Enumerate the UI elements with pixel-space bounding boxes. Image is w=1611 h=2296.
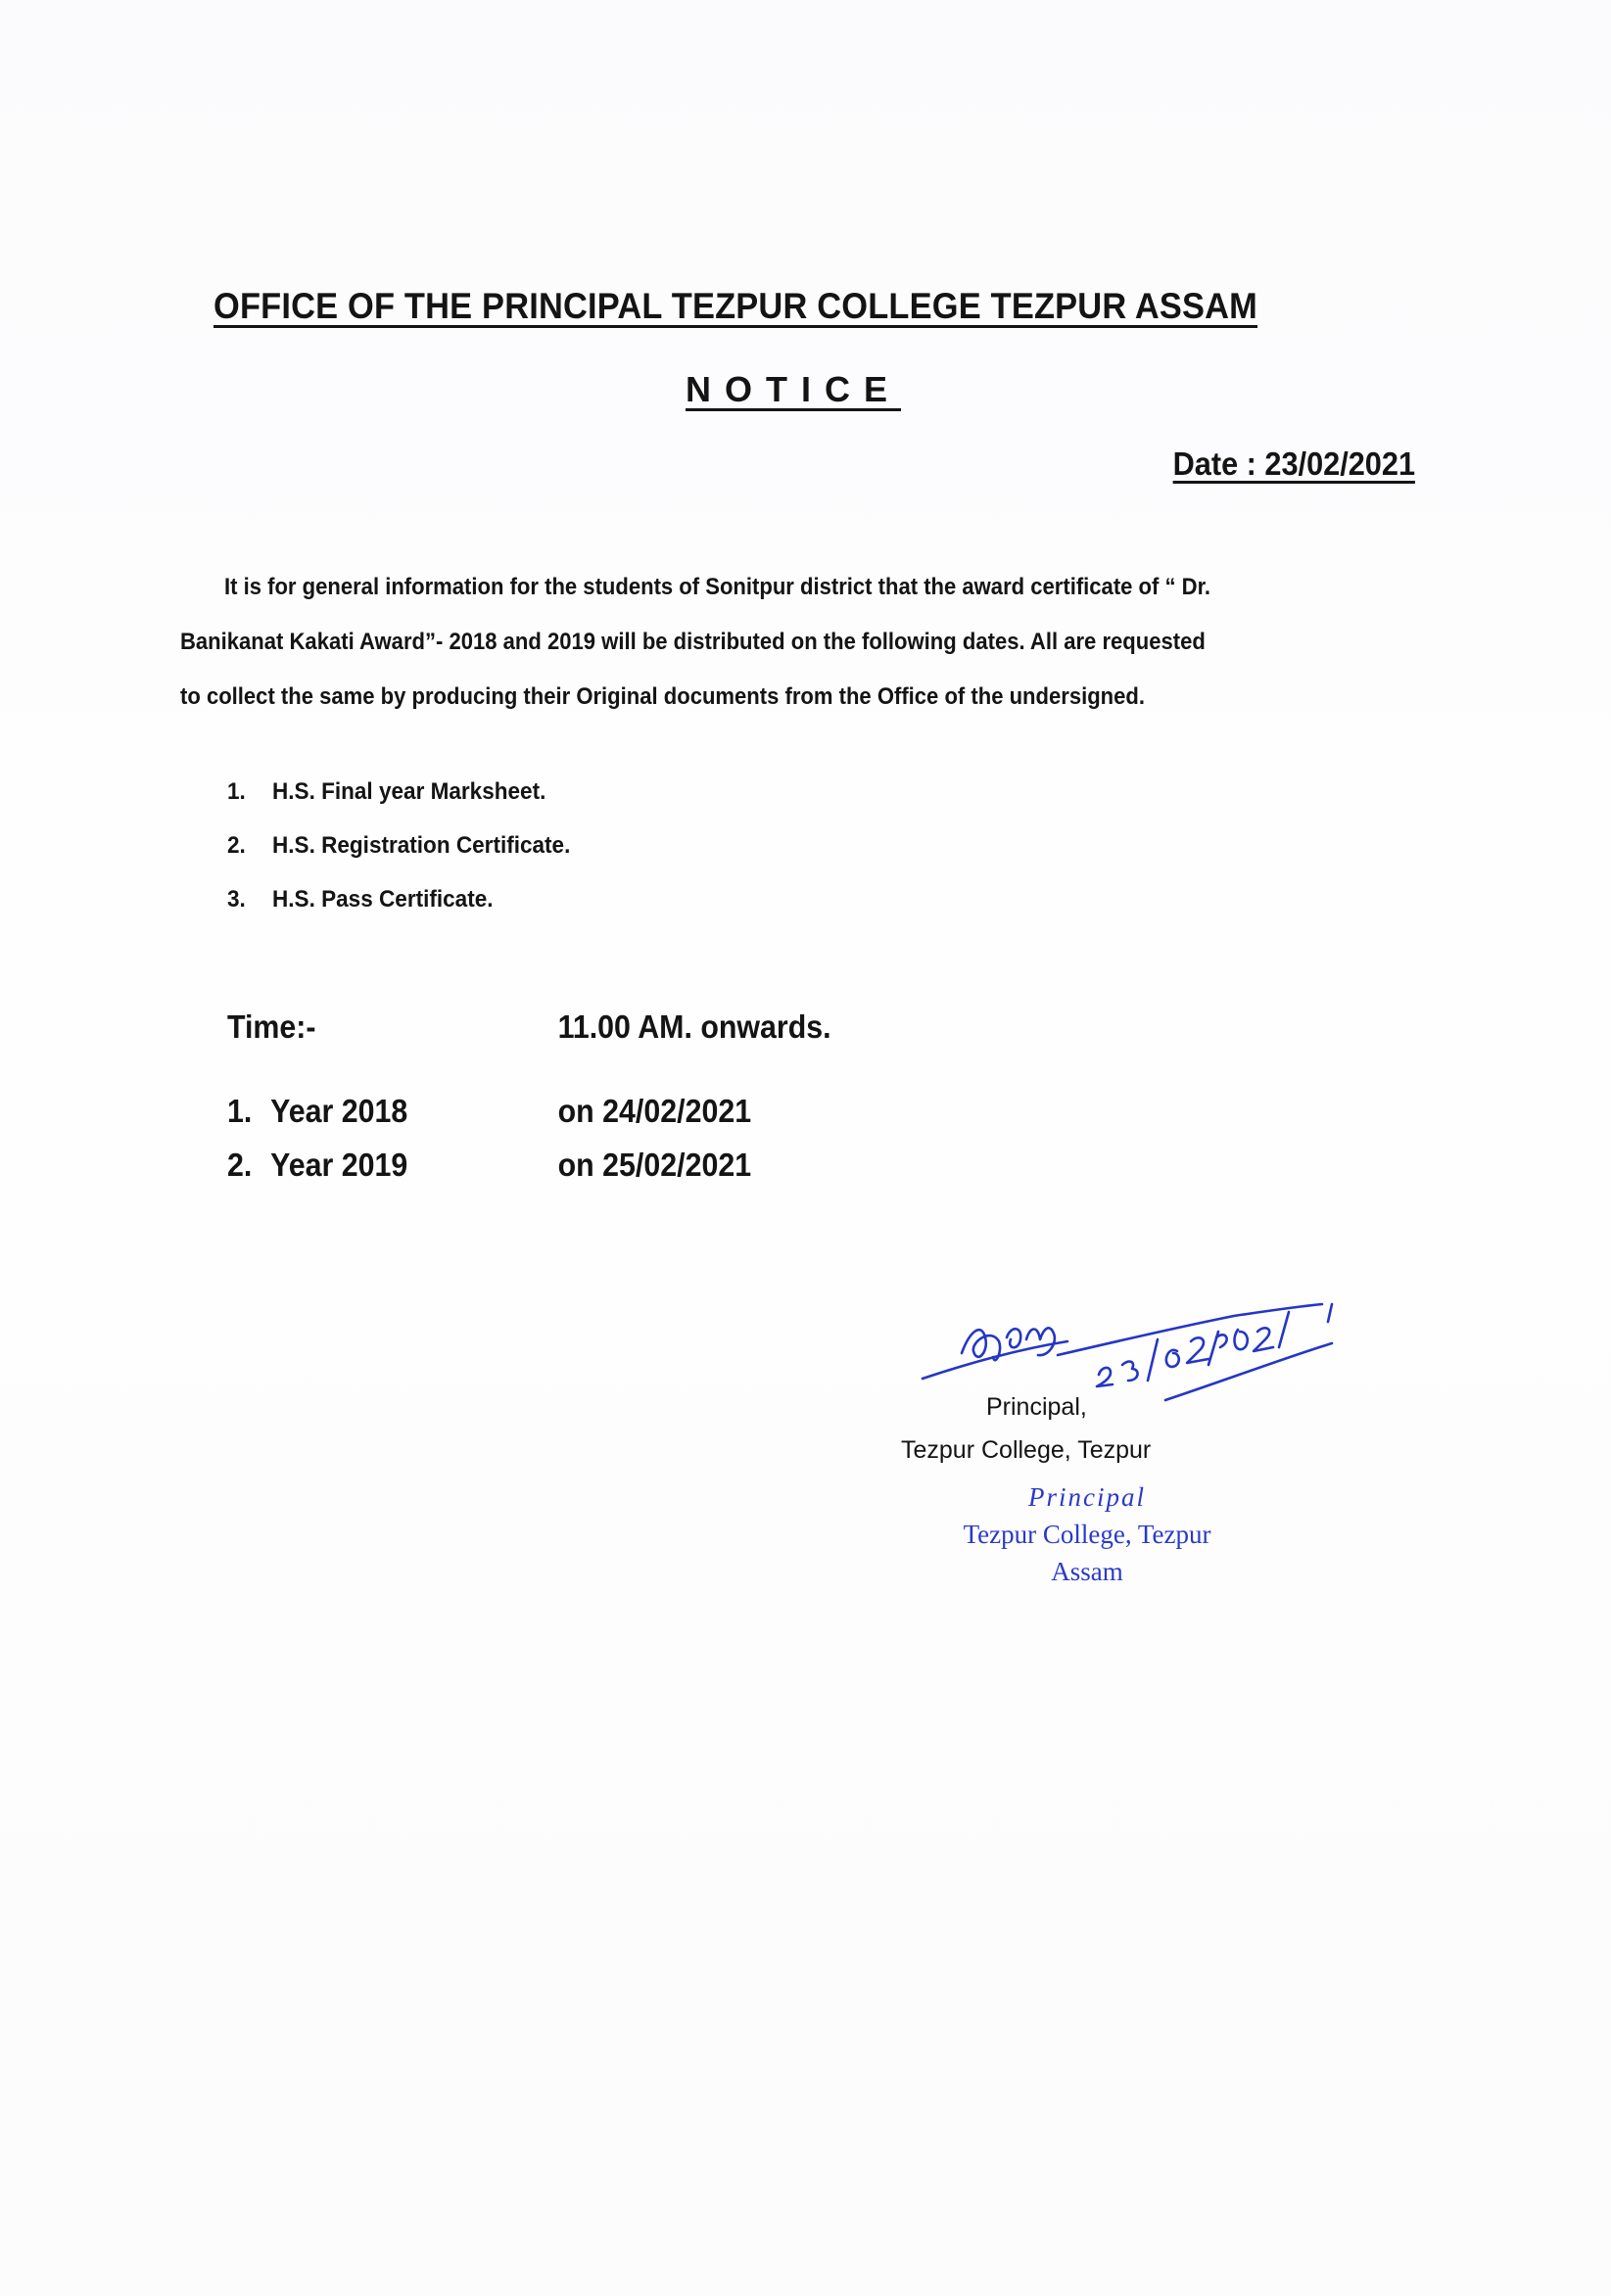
stamp-location: Assam — [901, 1553, 1273, 1590]
schedule-row: 2.Year 2019 on 25/02/2021 — [227, 1147, 831, 1200]
schedule-date: on 24/02/2021 — [558, 1093, 751, 1147]
stamp-organization: Tezpur College, Tezpur — [901, 1516, 1273, 1553]
list-label: H.S. Final year Marksheet. — [272, 778, 545, 832]
notice-date: Date : 23/02/2021 — [1173, 445, 1415, 483]
time-value: 11.00 AM. onwards. — [558, 1008, 831, 1093]
schedule-year: Year 2018 — [270, 1093, 407, 1129]
required-documents-list: 1. H.S. Final year Marksheet. 2. H.S. Re… — [227, 778, 600, 940]
schedule-date: on 25/02/2021 — [558, 1147, 751, 1200]
office-title: OFFICE OF THE PRINCIPAL TEZPUR COLLEGE T… — [213, 286, 1257, 327]
list-number: 3. — [227, 886, 272, 940]
list-item: 2. H.S. Registration Certificate. — [227, 832, 570, 886]
notice-heading: NOTICE — [686, 369, 901, 410]
time-row: Time:- 11.00 AM. onwards. — [227, 1008, 831, 1093]
list-label: H.S. Pass Certificate. — [272, 886, 494, 940]
list-number: 1. — [227, 778, 272, 832]
document-page: OFFICE OF THE PRINCIPAL TEZPUR COLLEGE T… — [0, 0, 1611, 2296]
distribution-schedule: Time:- 11.00 AM. onwards. 1.Year 2018 on… — [227, 1008, 883, 1200]
schedule-row: 1.Year 2018 on 24/02/2021 — [227, 1093, 831, 1147]
body-line: It is for general information for the st… — [180, 560, 1317, 615]
list-number: 2. — [227, 832, 272, 886]
stamp-title: Principal — [901, 1478, 1273, 1516]
signer-details: Principal, Tezpur College, Tezpur — [901, 1385, 1195, 1472]
list-label: H.S. Registration Certificate. — [272, 832, 570, 886]
notice-body: It is for general information for the st… — [180, 560, 1444, 725]
time-label: Time:- — [227, 1008, 558, 1093]
signature-block: Principal, Tezpur College, Tezpur Princi… — [901, 1283, 1351, 1606]
list-item: 1. H.S. Final year Marksheet. — [227, 778, 570, 832]
official-stamp: Principal Tezpur College, Tezpur Assam — [901, 1478, 1273, 1590]
body-line: to collect the same by producing their O… — [180, 670, 1317, 725]
schedule-year: Year 2019 — [270, 1147, 407, 1183]
schedule-number: 1. — [227, 1093, 270, 1130]
signer-title: Principal, — [901, 1385, 1195, 1429]
signer-organization: Tezpur College, Tezpur — [901, 1429, 1195, 1472]
body-line: Banikanat Kakati Award”- 2018 and 2019 w… — [180, 615, 1317, 670]
schedule-number: 2. — [227, 1147, 270, 1184]
list-item: 3. H.S. Pass Certificate. — [227, 886, 570, 940]
